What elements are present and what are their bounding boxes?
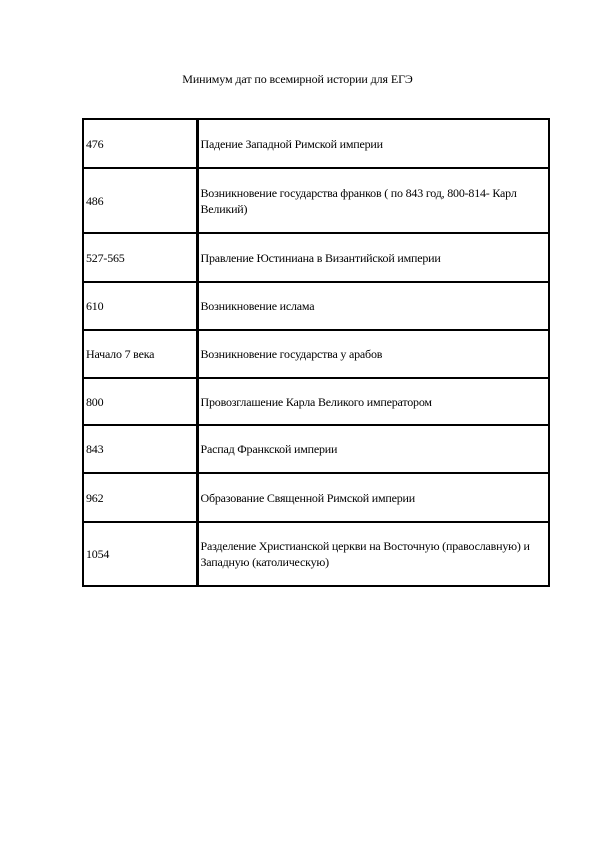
date-cell: 486 — [83, 168, 197, 233]
table-row: 527-565 Правление Юстиниана в Византийск… — [83, 233, 549, 282]
table-row: 843 Распад Франкской империи — [83, 425, 549, 473]
date-cell: 610 — [83, 282, 197, 330]
date-cell: 843 — [83, 425, 197, 473]
event-cell: Правление Юстиниана в Византийской импер… — [197, 233, 549, 282]
event-cell: Возникновение ислама — [197, 282, 549, 330]
event-cell: Провозглашение Карла Великого императоро… — [197, 378, 549, 425]
table-row: 610 Возникновение ислама — [83, 282, 549, 330]
event-cell: Образование Священной Римской империи — [197, 473, 549, 522]
event-cell: Падение Западной Римской империи — [197, 119, 549, 168]
table-row: 800 Провозглашение Карла Великого импера… — [83, 378, 549, 425]
event-cell: Возникновение государства франков ( по 8… — [197, 168, 549, 233]
date-cell: 1054 — [83, 522, 197, 586]
dates-table: 476 Падение Западной Римской империи 486… — [82, 118, 550, 587]
document-title: Минимум дат по всемирной истории для ЕГЭ — [0, 72, 595, 86]
date-cell: 476 — [83, 119, 197, 168]
event-cell: Распад Франкской империи — [197, 425, 549, 473]
table-row: 1054 Разделение Христианской церкви на В… — [83, 522, 549, 586]
table-row: Начало 7 века Возникновение государства … — [83, 330, 549, 378]
date-cell: Начало 7 века — [83, 330, 197, 378]
table-row: 476 Падение Западной Римской империи — [83, 119, 549, 168]
event-cell: Разделение Христианской церкви на Восточ… — [197, 522, 549, 586]
table-row: 962 Образование Священной Римской импери… — [83, 473, 549, 522]
event-cell: Возникновение государства у арабов — [197, 330, 549, 378]
table-row: 486 Возникновение государства франков ( … — [83, 168, 549, 233]
date-cell: 527-565 — [83, 233, 197, 282]
date-cell: 800 — [83, 378, 197, 425]
date-cell: 962 — [83, 473, 197, 522]
